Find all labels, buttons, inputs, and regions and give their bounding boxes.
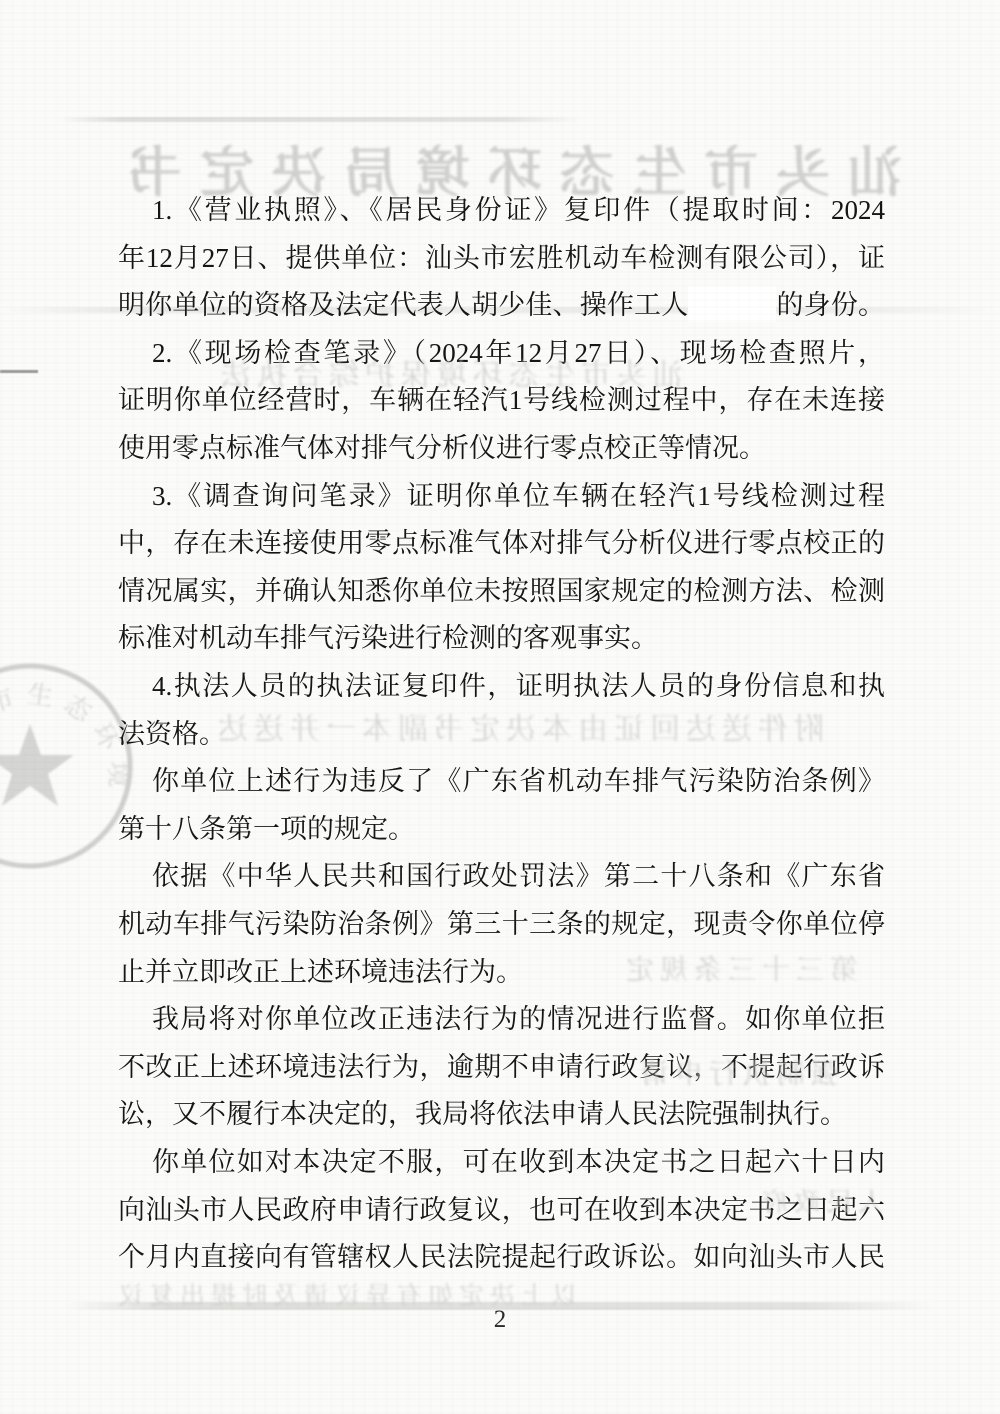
body-line: 情况属实，并确认知悉你单位未按照国家规定的检测方法、检测 [118,567,885,615]
body-line: 证明你单位经营时，车辆在轻汽1号线检测过程中，存在未连接 [118,376,885,424]
body-line: 4.执法人员的执法证复印件，证明执法人员的身份信息和执 [118,662,885,710]
body-line: 止并立即改正上述环境违法行为。 [118,948,885,996]
seal-star-icon [0,724,74,806]
body-line: 2.《现场检查笔录》（2024年12月27日）、现场检查照片， [118,329,885,377]
body-line: 法资格。 [118,710,885,758]
body-text: 的身份。 [776,290,885,320]
body-line: 依据《中华人民共和国行政处罚法》第二十八条和《广东省 [118,852,885,900]
body-line: 你单位如对本决定不服，可在收到本决定书之日起六十日内 [118,1138,885,1186]
body-line: 讼，又不履行本决定的，我局将依法申请人民法院强制执行。 [118,1090,885,1138]
page-number: 2 [480,1306,520,1334]
body-line: 不改正上述环境违法行为，逾期不申请行政复议，不提起行政诉 [118,1043,885,1091]
scanned-document-page: 汕头市生态环境局决定书 汕头市生态环境局 1.《营业执照》、《居民身份证》复印件… [0,0,1000,1414]
body-line: 标准对机动车排气污染进行检测的客观事实。 [118,614,885,662]
body-line: 第十八条第一项的规定。 [118,805,885,853]
scan-edge-artifact [0,370,38,373]
body-line: 年12月27日、提供单位：汕头市宏胜机动车检测有限公司），证 [118,234,885,282]
body-line: 3.《调查询问笔录》证明你单位车辆在轻汽1号线检测过程 [118,472,885,520]
body-line: 个月内直接向有管辖权人民法院提起行政诉讼。如向汕头市人民 [118,1233,885,1281]
body-line: 你单位上述行为违反了《广东省机动车排气污染防治条例》 [118,757,885,805]
body-text: 明你单位的资格及法定代表人胡少佳、操作工人 [118,290,688,320]
body-line: 明你单位的资格及法定代表人胡少佳、操作工人的身份。 [118,281,885,329]
scan-streak [60,117,580,122]
body-line: 机动车排气污染防治条例》第三十三条的规定，现责令你单位停 [118,900,885,948]
body-line: 我局将对你单位改正违法行为的情况进行监督。如你单位拒 [118,995,885,1043]
body-line: 1.《营业执照》、《居民身份证》复印件（提取时间：2024 [118,186,885,234]
redaction-box [688,286,776,322]
svg-text:汕头市生态环境局: 汕头市生态环境局 [0,652,134,798]
body-line: 向汕头市人民政府申请行政复议，也可在收到本决定书之日起六 [118,1186,885,1234]
body-line: 中，存在未连接使用零点标准气体对排气分析仪进行零点校正的 [118,519,885,567]
body-line: 使用零点标准气体对排气分析仪进行零点校正等情况。 [118,424,885,472]
